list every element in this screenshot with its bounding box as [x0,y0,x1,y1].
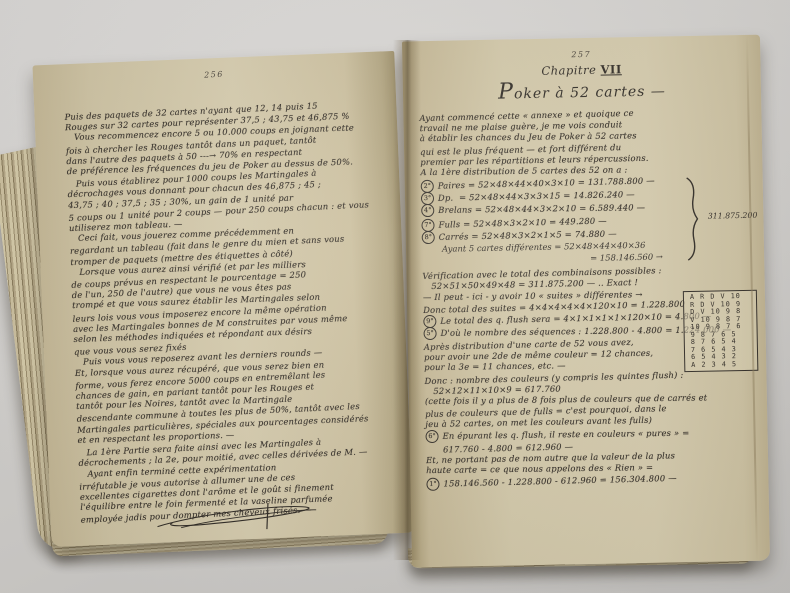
rank-circle: 7° [421,219,434,232]
open-book: 256 Puis des paquets de 32 cartes n'ayan… [10,22,762,572]
rank-circle: 6° [425,430,438,443]
chapter-label: Chapitre [541,63,600,78]
curly-brace [683,176,701,262]
five-different-total: = 158.146.560 → [590,249,754,264]
intro-text: Ayant commencé cette « annexe » et quoiq… [419,106,752,180]
rank-circle: 1° [426,478,439,491]
left-page: 256 Puis des paquets de 32 cartes n'ayan… [32,51,413,547]
line-text: pour la 3e = 11 chances, etc. — [424,361,566,374]
grand-total-value: 311.875.200 [708,211,758,221]
left-page-number: 256 [33,63,395,87]
straights-table: A R D V 10R D V 10 9D V 10 9 8V 10 9 8 7… [683,290,759,372]
right-page: 257 Chapitre VII Poker à 52 cartes — Aya… [402,35,770,568]
left-page-text: Puis des paquets de 32 cartes n'ayant qu… [64,98,398,525]
straight-row: A 2 3 4 5 [691,360,757,369]
rank-circle: 2° [421,180,434,193]
book-photograph: 256 Puis des paquets de 32 cartes n'ayan… [0,0,790,593]
chapter-numeral: VII [600,62,621,76]
rank-circle: 4° [421,204,434,217]
verification-block: Vérification avec le total des combinais… [406,264,768,491]
hand-counts-list: 2°Paires = 52×48×44×40×3×10 = 131.788.80… [421,173,754,244]
hand-counts-block: 2°Paires = 52×48×44×40×3×10 = 131.788.80… [405,173,765,268]
rank-circle: 8° [422,231,435,244]
rank-circle: 5° [424,327,437,340]
